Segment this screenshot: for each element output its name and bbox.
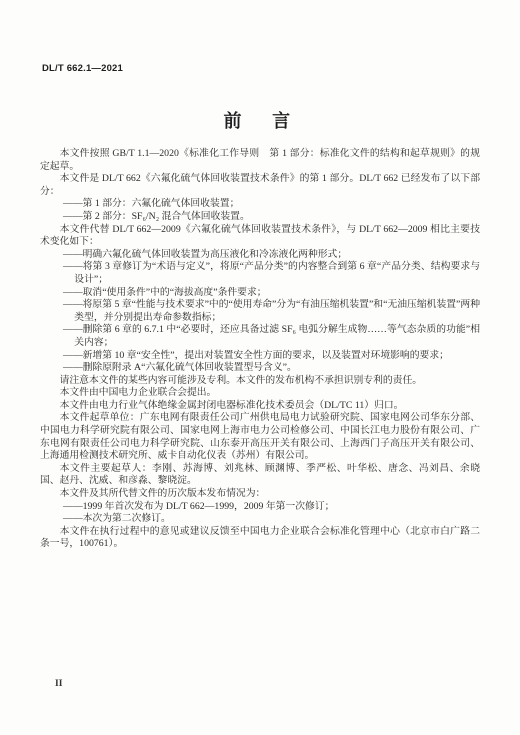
paragraph: ——第 2 部分：SF₆/N₂ 混合气体回收装置。 bbox=[40, 211, 480, 224]
page-title: 前 言 bbox=[0, 107, 520, 133]
paragraph: ——明确六氟化硫气体回收装置为高压液化和冷冻液化两种形式； bbox=[40, 249, 480, 262]
paragraph: ——将第 3 章修订为“术语与定义”，将原“产品分类”的内容整合到第 6 章“产… bbox=[40, 261, 480, 286]
paragraph: 本文件是 DL/T 662《六氟化硫气体回收装置技术条件》的第 1 部分。DL/… bbox=[40, 173, 480, 198]
paragraph: 本文件在执行过程中的意见或建议反馈至中国电力企业联合会标准化管理中心（北京市白广… bbox=[40, 526, 480, 551]
foreword-body: 本文件按照 GB/T 1.1—2020《标准化工作导则 第 1 部分：标准化文件… bbox=[40, 148, 480, 551]
paragraph: ——将原第 5 章“性能与技术要求”中的“使用寿命”分为“有油压缩机装置”和“无… bbox=[40, 299, 480, 324]
paragraph: ——删除第 6 章的 6.7.1 中“必要时，还应具备过滤 SF₆ 电弧分解生成… bbox=[40, 324, 480, 349]
paragraph: 本文件按照 GB/T 1.1—2020《标准化工作导则 第 1 部分：标准化文件… bbox=[40, 148, 480, 173]
paragraph: 请注意本文件的某些内容可能涉及专利。本文件的发布机构不承担识别专利的责任。 bbox=[40, 375, 480, 388]
paragraph: ——第 1 部分：六氟化硫气体回收装置； bbox=[40, 198, 480, 211]
paragraph: 本文件起草单位：广东电网有限责任公司广州供电局电力试验研究院、国家电网公司华东分… bbox=[40, 412, 480, 462]
paragraph: ——删除原附录 A“六氟化硫气体回收装置型号含义”。 bbox=[40, 362, 480, 375]
paragraph: 本文件由电力行业气体绝缘金属封闭电器标准化技术委员会（DL/TC 11）归口。 bbox=[40, 400, 480, 413]
paragraph: ——1999 年首次发布为 DL/T 662—1999，2009 年第一次修订； bbox=[40, 501, 480, 514]
paragraph: 本文件由中国电力企业联合会提出。 bbox=[40, 387, 480, 400]
paragraph: ——取消“使用条件”中的“海拔高度”条件要求； bbox=[40, 287, 480, 300]
paragraph: 本文件主要起草人：李刚、苏海博、刘兆林、顾渊博、季严松、叶华松、唐念、冯刘昌、余… bbox=[40, 463, 480, 488]
page-number: II bbox=[55, 679, 62, 689]
paragraph: ——本次为第二次修订。 bbox=[40, 513, 480, 526]
paragraph: 本文件代替 DL/T 662—2009《六氟化硫气体回收装置技术条件》，与 DL… bbox=[40, 224, 480, 249]
paragraph: 本文件及其所代替文件的历次版本发布情况为： bbox=[40, 488, 480, 501]
paragraph: ——新增第 10 章“安全性”，提出对装置安全性方面的要求，以及装置对环境影响的… bbox=[40, 350, 480, 363]
standard-number: DL/T 662.1—2021 bbox=[42, 63, 123, 74]
document-page: DL/T 662.1—2021 前 言 本文件按照 GB/T 1.1—2020《… bbox=[0, 0, 520, 735]
